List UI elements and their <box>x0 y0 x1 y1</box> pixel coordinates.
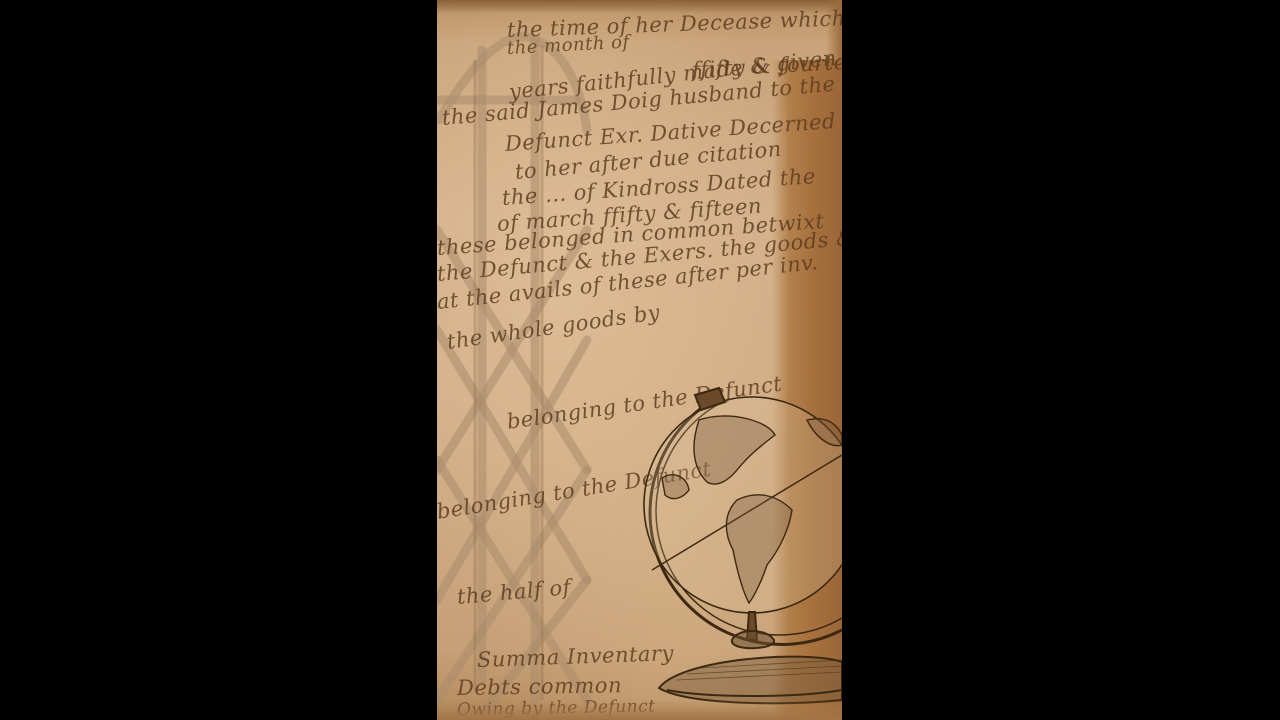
globe-illustration <box>437 0 842 720</box>
parchment-bottom-edge <box>437 700 842 720</box>
vintage-collage-image: the time of her Decease which was in the… <box>437 0 842 720</box>
